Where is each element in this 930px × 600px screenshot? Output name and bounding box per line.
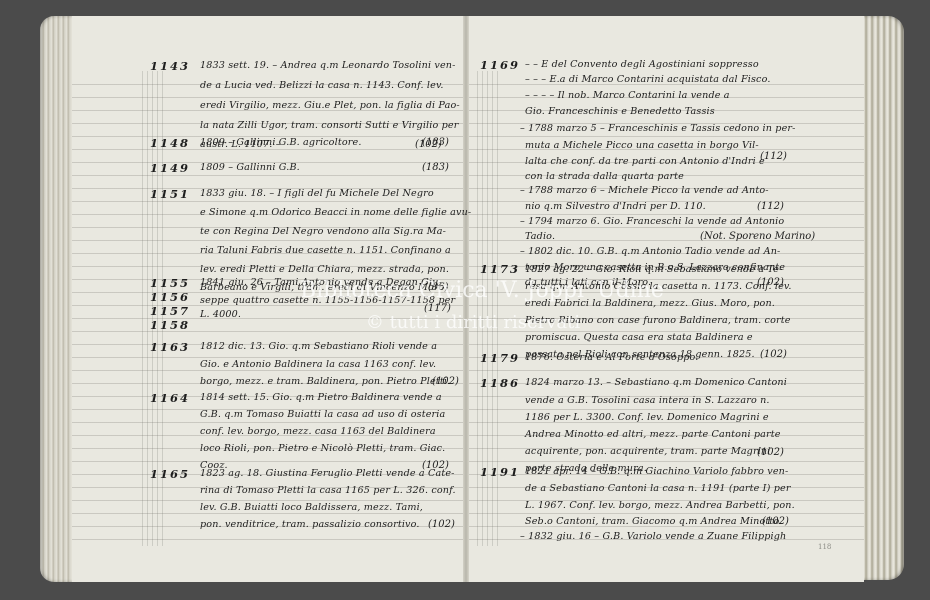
parcel-number: 1156: [150, 290, 190, 304]
entry-line: 1186 per L. 3300. Conf. lev. Domenico Ma…: [525, 412, 769, 423]
entry-line: seppe quattro casette n. 1155-1156-1157-…: [200, 295, 455, 306]
entry-line: – – E del Convento degli Agostiniani sop…: [525, 59, 759, 70]
right-page-stack-edge: [862, 16, 904, 580]
entry-line: Gio. Franceschinis e Benedetto Tassis: [525, 106, 715, 117]
entry-line: 1833 sett. 19. – Andrea q.m Leonardo Tos…: [200, 60, 456, 71]
parcel-number: 1163: [150, 340, 190, 354]
entry-line: resa q.m Antonio Cossio la casetta n. 11…: [525, 281, 792, 292]
entry-line: Tadio.: [525, 231, 555, 242]
entry-line: rina di Tomaso Pletti la casa 1165 per L…: [200, 485, 456, 496]
parcel-number: 1148: [150, 136, 190, 150]
entry-line: con la strada dalla quarta parte: [525, 171, 684, 182]
parcel-number: 1165: [150, 467, 190, 481]
entry-line: – 1794 marzo 6. Gio. Franceschi la vende…: [520, 216, 784, 227]
entry-line: vende a G.B. Tosolini casa intera in S. …: [525, 395, 770, 406]
book-gutter: [463, 16, 469, 582]
entry-line: – 1802 dic. 10. G.B. q.m Antonio Tadio v…: [520, 246, 780, 257]
entry-line: – 1788 marzo 5 – Franceschinis e Tassis …: [520, 123, 796, 134]
parcel-number: 1173: [480, 262, 520, 276]
reference-number: (102): [432, 376, 459, 387]
entry-line: lev. G.B. Buiatti loco Baldissera, mezz.…: [200, 502, 423, 513]
reference-number: (112): [760, 151, 787, 162]
entry-line: eredi Virgilio, mezz. Giu.e Plet, pon. l…: [200, 100, 460, 111]
parcel-number: 1179: [480, 351, 520, 365]
left-page-stack-edge: [40, 16, 74, 582]
entry-line: L. 4000.: [200, 309, 241, 320]
entry-line: te con Regina Del Negro vendono alla Sig…: [200, 226, 446, 237]
entry-line: Gio. e Antonio Baldinera la casa 1163 co…: [200, 359, 436, 370]
entry-line: – – – – Il nob. Marco Contarini la vende…: [525, 90, 730, 101]
entry-line: de a Lucia ved. Belizzi la casa n. 1143.…: [200, 80, 444, 91]
entry-line: Andrea Minotto ed altri, mezz. parte Can…: [525, 429, 781, 440]
entry-line: loco Rioli, pon. Pietro e Nicolò Pletti,…: [200, 443, 445, 454]
entry-line: conf. lev. borgo, mezz. casa 1163 del Ba…: [200, 426, 436, 437]
entry-line: 1809 – Gallinni G.B.: [200, 162, 300, 173]
entry-line: acquirente, pon. acquirente, tram. parte…: [525, 446, 770, 457]
parcel-number: 1169: [480, 58, 520, 72]
entry-line: 1833 giu. 18. – I figli del fu Michele D…: [200, 188, 434, 199]
parcel-number: 1157: [150, 304, 190, 318]
reference-number: (112): [757, 201, 784, 212]
reference-number: (102): [428, 519, 455, 530]
reference-number: (117): [424, 303, 451, 314]
entry-line: lalta che conf. da tre parti con Antonio…: [525, 156, 765, 167]
entry-line: 1823 ag. 18. Giustina Feruglio Pletti ve…: [200, 468, 455, 479]
entry-line: la nata Zilli Ugor, tram. consorti Sutti…: [200, 120, 458, 131]
entry-line: promiscua. Questa casa era stata Baldine…: [525, 332, 753, 343]
reference-number: (102): [757, 447, 784, 458]
entry-line: 1824 marzo 13. – Sebastiano q.m Domenico…: [525, 377, 787, 388]
parcel-number: 1186: [480, 376, 520, 390]
entry-line: 1812 dic. 13. Gio. q.m Sebastiano Rioli …: [200, 341, 437, 352]
entry-line: 1841 giu. 26 – Tami Antonio vende a Dega…: [200, 277, 442, 288]
entry-line: G.B. q.m Tomaso Buiatti la casa ad uso d…: [200, 409, 445, 420]
entry-line: – – – E.a di Marco Contarini acquistata …: [525, 74, 771, 85]
parcel-number: 1191: [480, 465, 520, 479]
parcel-number: 1151: [150, 187, 190, 201]
reference-number: (183): [422, 162, 449, 173]
entry-line: ria Taluni Fabris due casette n. 1151. C…: [200, 245, 451, 256]
entry-line: – 1832 giu. 16 – G.B. Variolo vende a Zu…: [520, 531, 786, 542]
entry-line: – 1788 marzo 6 – Michele Picco la vende …: [520, 185, 769, 196]
entry-line: muta a Michele Picco una casetta in borg…: [525, 140, 759, 151]
reference-number: (183): [422, 137, 449, 148]
open-ledger: 1143 1833 sett. 19. – Andrea q.m Leonard…: [0, 0, 930, 600]
entry-line: 1809 – Gallinni G.B. agricoltore.: [200, 137, 362, 148]
page-number-stamp: 118: [818, 543, 831, 551]
reference-note: (Not. Sporeno Marino): [700, 231, 815, 242]
parcel-number: 1143: [150, 59, 190, 73]
reference-number: (102): [760, 349, 787, 360]
parcel-number: 1164: [150, 391, 190, 405]
reference-number: (102): [762, 516, 789, 527]
entry-line: lev. eredi Pletti e Della Chiara, mezz. …: [200, 264, 449, 275]
entry-line: de a Sebastiano Cantoni la casa n. 1191 …: [525, 483, 791, 494]
entry-line: nio q.m Silvestro d'Indri per D. 110.: [525, 201, 706, 212]
parcel-number: 1158: [150, 318, 190, 332]
entry-line: 1876. Osteria e Al Forte d'Osoppo.: [525, 352, 699, 363]
entry-line: eredi Fabrici la Baldinera, mezz. Gius. …: [525, 298, 775, 309]
entry-line: 1821 apr. 14 – G.B. q.m Giachino Variolo…: [525, 466, 788, 477]
entry-line: L. 1967. Conf. lev. borgo, mezz. Andrea …: [525, 500, 795, 511]
entry-line: Pietro Ribano con case furono Baldinera,…: [525, 315, 791, 326]
entry-line: borgo, mezz. e tram. Baldinera, pon. Pie…: [200, 376, 450, 387]
entry-line: e Simone q.m Odorico Beacci in nome dell…: [200, 207, 471, 218]
parcel-number: 1155: [150, 276, 190, 290]
entry-line: Seb.o Cantoni, tram. Giacomo q.m Andrea …: [525, 516, 782, 527]
parcel-number: 1149: [150, 161, 190, 175]
entry-line: 1814 sett. 15. Gio. q.m Pietro Baldinera…: [200, 392, 442, 403]
entry-line: pon. venditrice, tram. passaliziо consor…: [200, 519, 420, 530]
entry-line: 1827 ag. 22 – Gio. Rioli q.m Sebastiano …: [525, 264, 782, 275]
